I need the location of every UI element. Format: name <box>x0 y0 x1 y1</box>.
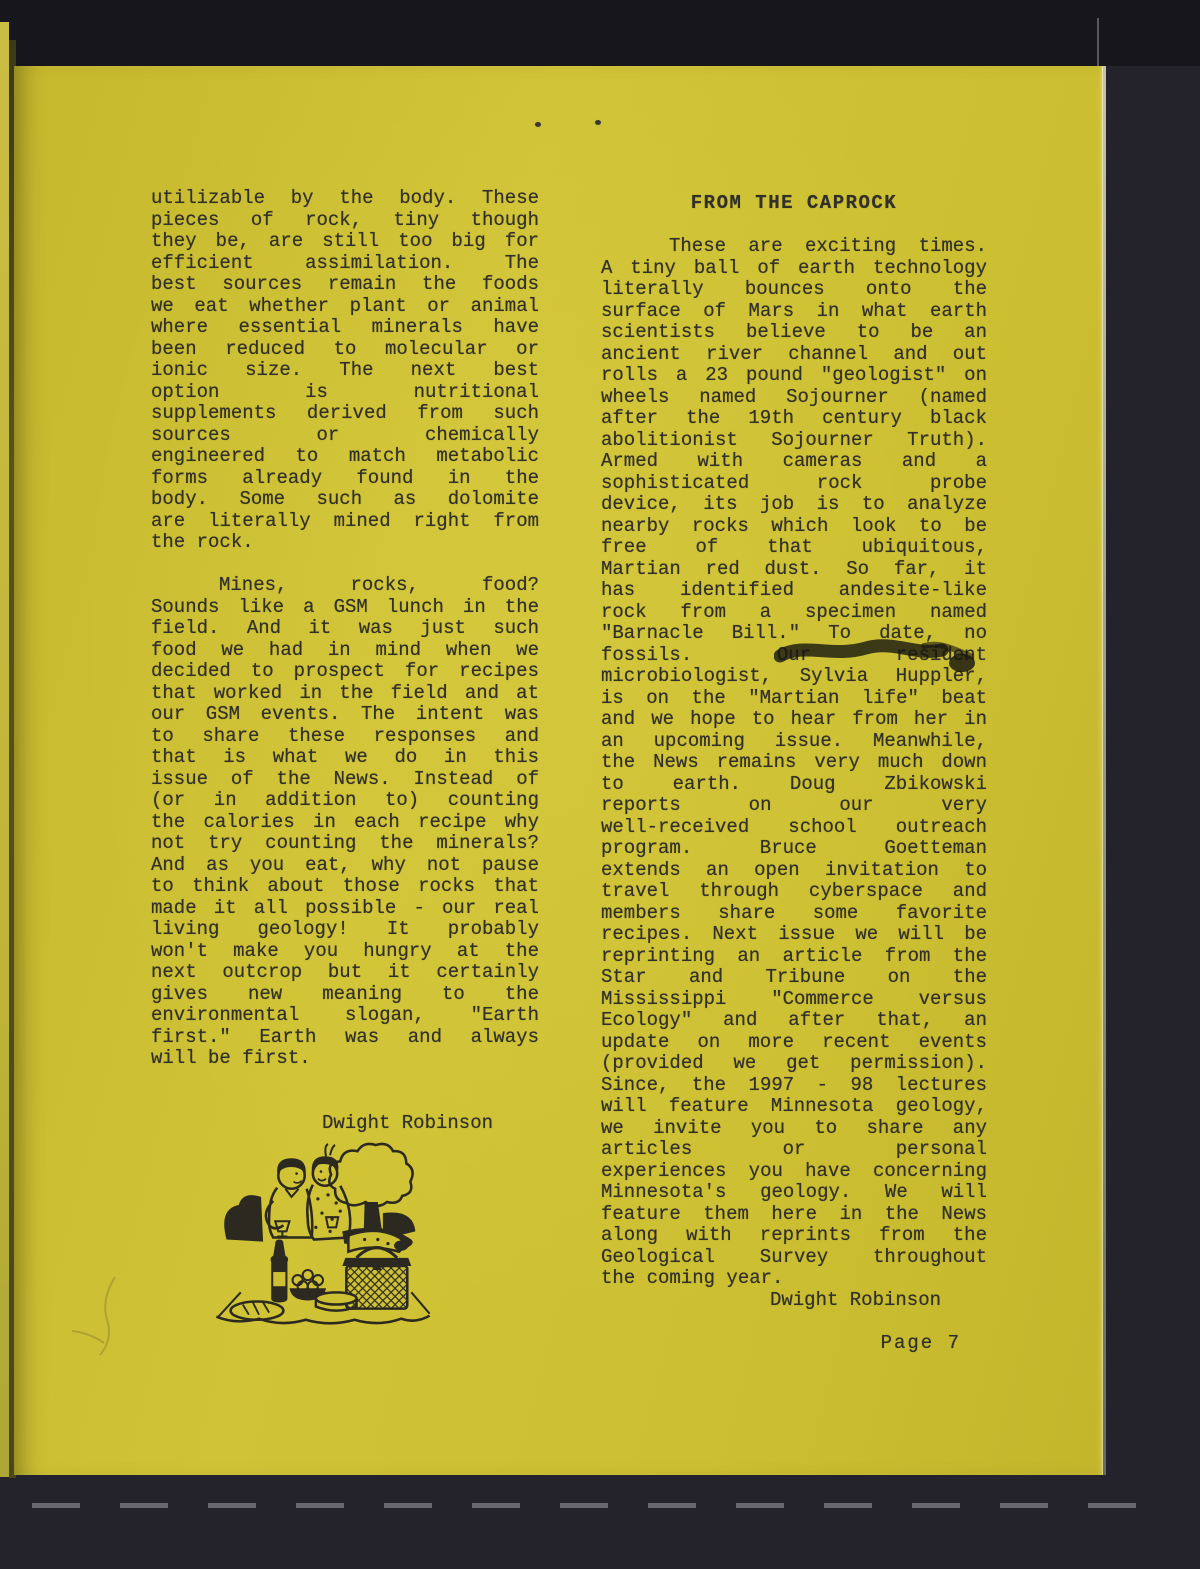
scan-top-shadow-band <box>0 0 1200 66</box>
text-line: Mississippi "Commerce versus <box>601 989 987 1011</box>
text-line: to share these responses and <box>151 726 539 748</box>
text-line: well-received school outreach <box>601 817 987 839</box>
ink-smudge-icon <box>774 632 984 676</box>
text-line: decided to prospect for recipes <box>151 661 539 683</box>
text-line: Geological Survey throughout <box>601 1247 987 1269</box>
text-line: best sources remain the foods <box>151 274 539 296</box>
text-line: utilizable by the body. These <box>151 188 539 210</box>
text-line: food we had in mind when we <box>151 640 539 662</box>
text-line: gives new meaning to the <box>151 984 539 1006</box>
text-line: program. Bruce Goetteman <box>601 838 987 860</box>
text-line: we invite you to share any <box>601 1118 987 1140</box>
text-line: won't make you hungry at the <box>151 941 539 963</box>
text-line: These are exciting times. <box>601 236 987 258</box>
text-line: option is nutritional <box>151 382 539 404</box>
text-line: And as you eat, why not pause <box>151 855 539 877</box>
right-column: FROM THE CAPROCK These are exciting time… <box>601 193 987 1354</box>
text-line: surface of Mars in what earth <box>601 301 987 323</box>
text-line: environmental slogan, "Earth <box>151 1005 539 1027</box>
text-line: Martian red dust. So far, it <box>601 559 987 581</box>
text-line: reprinting an article from the <box>601 946 987 968</box>
text-line: made it all possible - our real <box>151 898 539 920</box>
text-line: pieces of rock, tiny though <box>151 210 539 232</box>
text-line: feature them here in the News <box>601 1204 987 1226</box>
text-line: ionic size. The next best <box>151 360 539 382</box>
text-line: next outcrop but it certainly <box>151 962 539 984</box>
text-line: body. Some such as dolomite <box>151 489 539 511</box>
text-line <box>151 554 539 576</box>
text-line <box>151 1070 539 1092</box>
text-line: Star and Tribune on the <box>601 967 987 989</box>
newsletter-page: utilizable by the body. Thesepieces of r… <box>14 66 1103 1475</box>
text-line: rock from a specimen named <box>601 602 987 624</box>
text-line: the coming year. <box>601 1268 987 1290</box>
text-line <box>601 215 987 237</box>
page-edge-tick <box>1097 18 1099 66</box>
text-line: is on the "Martian life" beat <box>601 688 987 710</box>
text-line: scientists believe to be an <box>601 322 987 344</box>
text-line: supplements derived from such <box>151 403 539 425</box>
text-line: will feature Minnesota geology, <box>601 1096 987 1118</box>
text-line: engineered to match metabolic <box>151 446 539 468</box>
text-line: recipes. Next issue we will be <box>601 924 987 946</box>
adjacent-page-edge <box>0 22 9 1477</box>
text-line: nearby rocks which look to be <box>601 516 987 538</box>
text-line: we eat whether plant or animal <box>151 296 539 318</box>
text-line: efficient assimilation. The <box>151 253 539 275</box>
text-line: (or in addition to) counting <box>151 790 539 812</box>
text-line: that worked in the field and at <box>151 683 539 705</box>
text-line: Ecology" and after that, an <box>601 1010 987 1032</box>
left-column: utilizable by the body. Thesepieces of r… <box>151 188 539 1134</box>
text-line: device, its job is to analyze <box>601 494 987 516</box>
text-line: the rock. <box>151 532 539 554</box>
text-line: Armed with cameras and a <box>601 451 987 473</box>
film-marks <box>32 1503 1172 1508</box>
text-line: (provided we get permission). <box>601 1053 987 1075</box>
text-line: and we hope to hear from her in <box>601 709 987 731</box>
text-line: our GSM events. The intent was <box>151 704 539 726</box>
text-line: FROM THE CAPROCK <box>601 193 987 215</box>
text-line: first." Earth was and always <box>151 1027 539 1049</box>
text-line: to think about those rocks that <box>151 876 539 898</box>
text-line: Minnesota's geology. We will <box>601 1182 987 1204</box>
text-line: Mines, rocks, food? <box>151 575 539 597</box>
text-line: literally bounces onto the <box>601 279 987 301</box>
text-line <box>151 1091 539 1113</box>
text-line: issue of the News. Instead of <box>151 769 539 791</box>
text-line: experiences you have concerning <box>601 1161 987 1183</box>
text-line: not try counting the minerals? <box>151 833 539 855</box>
text-line: after the 19th century black <box>601 408 987 430</box>
text-line: abolitionist Sojourner Truth). <box>601 430 987 452</box>
text-line: has identified andesite-like <box>601 580 987 602</box>
text-line: travel through cyberspace and <box>601 881 987 903</box>
text-line: members share some favorite <box>601 903 987 925</box>
text-line <box>601 1311 987 1333</box>
text-line: extends an open invitation to <box>601 860 987 882</box>
text-line: Dwight Robinson <box>601 1290 987 1312</box>
text-line: sources or chemically <box>151 425 539 447</box>
text-line: along with reprints from the <box>601 1225 987 1247</box>
text-line: the News remains very much down <box>601 752 987 774</box>
text-line: articles or personal <box>601 1139 987 1161</box>
text-line: free of that ubiquitous, <box>601 537 987 559</box>
text-line: Sounds like a GSM lunch in the <box>151 597 539 619</box>
scanner-background: utilizable by the body. Thesepieces of r… <box>0 0 1200 1569</box>
text-line: rolls a 23 pound "geologist" on <box>601 365 987 387</box>
text-line: that is what we do in this <box>151 747 539 769</box>
text-line: ancient river channel and out <box>601 344 987 366</box>
text-line: are literally mined right from <box>151 511 539 533</box>
text-line: field. And it was just such <box>151 618 539 640</box>
text-line: an upcoming issue. Meanwhile, <box>601 731 987 753</box>
staple-hole-dot <box>535 122 541 127</box>
text-line: wheels named Sojourner (named <box>601 387 987 409</box>
text-line: where essential minerals have <box>151 317 539 339</box>
text-line: forms already found in the <box>151 468 539 490</box>
text-line: will be first. <box>151 1048 539 1070</box>
text-line: A tiny ball of earth technology <box>601 258 987 280</box>
text-line: they be, are still too big for <box>151 231 539 253</box>
text-line: Dwight Robinson <box>151 1113 539 1135</box>
text-line: reports on our very <box>601 795 987 817</box>
text-line: sophisticated rock probe <box>601 473 987 495</box>
picnic-illustration <box>211 1138 437 1336</box>
staple-hole-dot <box>595 120 601 125</box>
pencil-scuff-mark <box>60 1271 150 1361</box>
text-line: Page 7 <box>601 1333 987 1355</box>
text-line: been reduced to molecular or <box>151 339 539 361</box>
text-line: living geology! It probably <box>151 919 539 941</box>
text-line: Since, the 1997 - 98 lectures <box>601 1075 987 1097</box>
text-line: update on more recent events <box>601 1032 987 1054</box>
text-line: to earth. Doug Zbikowski <box>601 774 987 796</box>
text-line: the calories in each recipe why <box>151 812 539 834</box>
